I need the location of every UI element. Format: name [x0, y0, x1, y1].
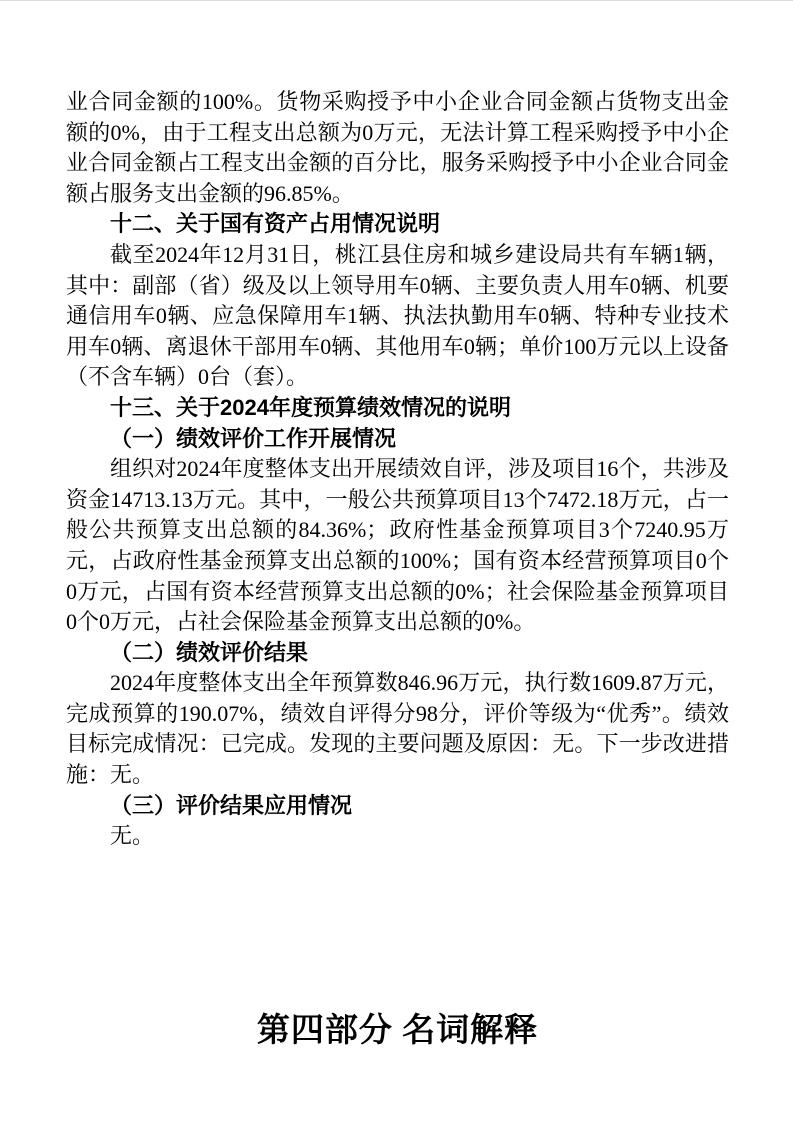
heading-subsection-1-evaluation-work: （一）绩效评价工作开展情况	[66, 424, 729, 455]
heading-section-12-state-assets: 十二、关于国有资产占用情况说明	[66, 209, 729, 240]
heading-subsection-2-evaluation-results: （二）绩效评价结果	[66, 638, 729, 669]
paragraph-state-assets-vehicles: 截至2024年12月31日，桃江县住房和城乡建设局共有车辆1辆，其中：副部（省）…	[66, 240, 729, 393]
heading-subsection-3-result-application: （三）评价结果应用情况	[66, 791, 729, 822]
heading-section-13-budget-performance: 十三、关于2024年度预算绩效情况的说明	[66, 393, 729, 424]
paragraph-self-evaluation-details: 组织对2024年度整体支出开展绩效自评，涉及项目16个，共涉及资金14713.1…	[66, 454, 729, 638]
paragraph-result-application-none: 无。	[66, 821, 729, 852]
document-page: 业合同金额的100%。货物采购授予中小企业合同金额占货物支出金额的0%，由于工程…	[0, 0, 793, 1122]
paragraph-evaluation-results-details: 2024年度整体支出全年预算数846.96万元，执行数1609.87万元，完成预…	[66, 668, 729, 790]
part-four-title: 第四部分 名词解释	[66, 1009, 729, 1053]
paragraph-procurement-continuation: 业合同金额的100%。货物采购授予中小企业合同金额占货物支出金额的0%，由于工程…	[66, 87, 729, 209]
